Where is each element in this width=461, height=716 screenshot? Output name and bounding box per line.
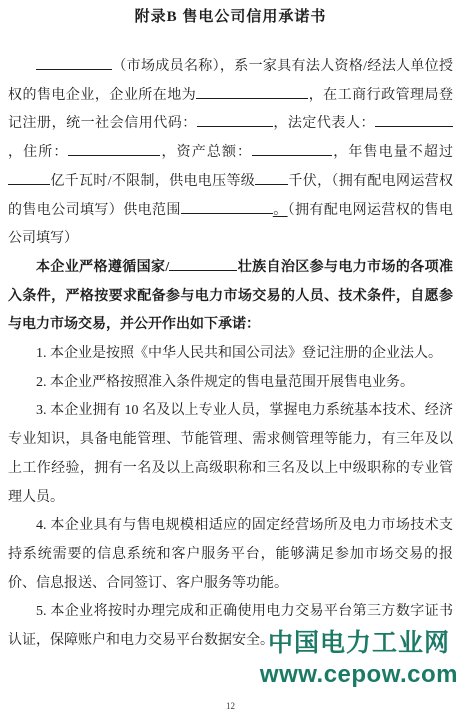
watermark-site-url: www.cepow.com <box>260 663 458 687</box>
blank-voltage-level <box>255 171 288 185</box>
blank-credit-code <box>197 113 273 127</box>
blank-company-location <box>196 85 308 99</box>
commitment-item-4-text: 4. 本企业具有与售电规模相适应的固定经营场所及电力市场技术支持系统需要的信息系… <box>8 518 453 590</box>
document-title: 附录B 售电公司信用承诺书 <box>0 5 461 26</box>
blank-market-member-name <box>36 56 112 70</box>
intro-text-5: ，资产总额： <box>160 145 252 160</box>
pledge-paragraph: 本企业严格遵循国家/壮族自治区参与电力市场的各项准入条件，严格按要求配备参与电力… <box>8 254 453 340</box>
site-watermark: 中国电力工业网 www.cepow.com <box>260 631 458 687</box>
blank-legal-representative <box>375 113 453 127</box>
pledge-text-1: 本企业严格遵循国家/ <box>36 260 169 275</box>
commitment-item-3: 3. 本企业拥有 10 名及以上专业人员，掌握电力系统基本技术、经济专业知识，具… <box>8 397 453 512</box>
intro-text-period: 。 <box>273 203 288 218</box>
commitment-item-2-text: 2. 本企业严格按照准入条件规定的售电量范围开展售电业务。 <box>36 375 414 390</box>
commitment-item-2: 2. 本企业严格按照准入条件规定的售电量范围开展售电业务。 <box>8 369 453 398</box>
watermark-site-name: 中国电力工业网 <box>260 631 458 656</box>
intro-text-3: ，法定代表人： <box>273 116 375 131</box>
intro-paragraph: （市场成员名称），系一家具有法人资格/经法人单位授权的售电企业，企业所在地为，在… <box>8 53 453 254</box>
blank-annual-sales-volume <box>8 171 50 185</box>
blank-supply-scope <box>181 200 273 214</box>
document-body: （市场成员名称），系一家具有法人资格/经法人单位授权的售电企业，企业所在地为，在… <box>8 53 453 656</box>
commitment-item-4: 4. 本企业具有与售电规模相适应的固定经营场所及电力市场技术支持系统需要的信息系… <box>8 512 453 598</box>
commitment-item-1: 1. 本企业是按照《中华人民共和国公司法》登记注册的企业法人。 <box>8 340 453 369</box>
page-number: 12 <box>0 701 461 711</box>
intro-text-7: 亿千瓦时/不限制，供电电压等级 <box>50 174 255 189</box>
intro-text-6: ，年售电量不超过 <box>332 145 453 160</box>
commitment-item-3-text: 3. 本企业拥有 10 名及以上专业人员，掌握电力系统基本技术、经济专业知识，具… <box>8 403 453 504</box>
intro-text-4: ，住所： <box>8 145 68 160</box>
blank-total-assets <box>252 142 332 156</box>
blank-autonomous-region-name <box>169 257 237 271</box>
blank-address <box>68 142 160 156</box>
commitment-item-1-text: 1. 本企业是按照《中华人民共和国公司法》登记注册的企业法人。 <box>36 346 442 361</box>
